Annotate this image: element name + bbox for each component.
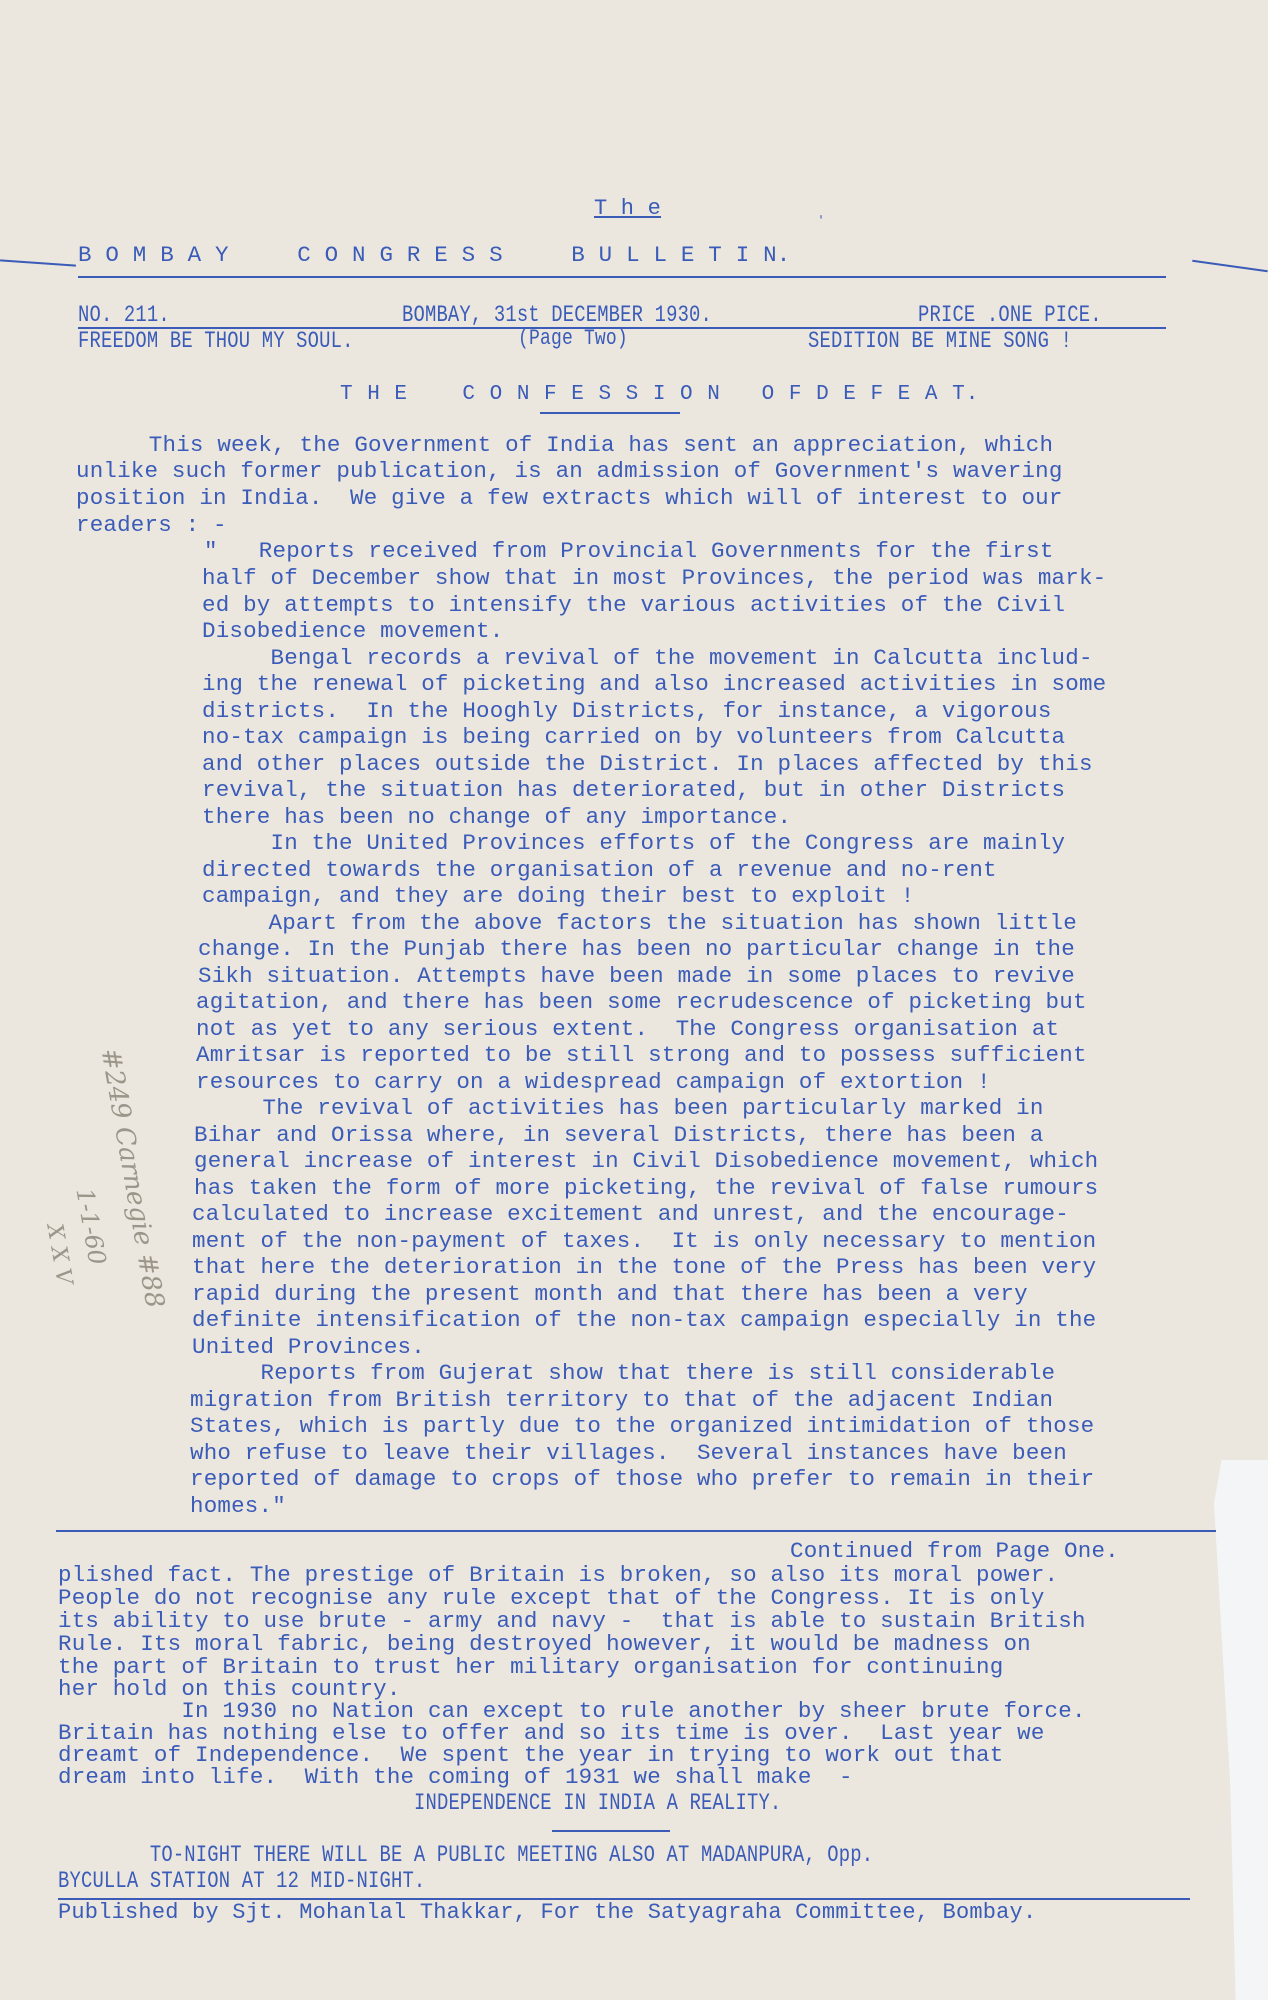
quote-line: there has been no change of any importan… xyxy=(202,804,791,830)
slogan-underline xyxy=(552,1830,670,1832)
quote-line: ed by attempts to intensify the various … xyxy=(202,592,1065,618)
quote-line: The revival of activities has been parti… xyxy=(194,1095,1044,1121)
quote-line: Bihar and Orissa where, in several Distr… xyxy=(194,1122,1044,1148)
motto-left: FREEDOM BE THOU MY SOUL. xyxy=(78,328,354,354)
price: PRICE .ONE PICE. xyxy=(918,302,1102,328)
masthead-the: T h e xyxy=(594,196,661,222)
quote-line: rapid during the present month and that … xyxy=(192,1281,1028,1307)
masthead-title: B O M B A Y C O N G R E S S B U L L E T … xyxy=(78,242,791,268)
dateline: BOMBAY, 31st DECEMBER 1930. xyxy=(402,302,712,328)
quote-line: Amritsar is reported to be still strong … xyxy=(196,1042,1087,1068)
quote-line: Reports from Gujerat show that there is … xyxy=(192,1360,1055,1386)
quote-line: half of December show that in most Provi… xyxy=(202,565,1106,591)
quote-line: migration from British territory to that… xyxy=(190,1387,1053,1413)
quote-line: directed towards the organisation of a r… xyxy=(202,857,997,883)
quote-line: States, which is partly due to the organ… xyxy=(190,1413,1094,1439)
quote-line: not as yet to any serious extent. The Co… xyxy=(196,1016,1059,1042)
quote-line: resources to carry on a widespread campa… xyxy=(196,1069,991,1095)
meeting-notice-line: TO-NIGHT THERE WILL BE A PUBLIC MEETING … xyxy=(58,1842,873,1868)
quote-line: revival, the situation has deteriorated,… xyxy=(202,777,1065,803)
quote-line: ing the renewal of picketing and also in… xyxy=(202,671,1106,697)
quote-line: Apart from the above factors the situati… xyxy=(200,910,1077,936)
quote-line: homes." xyxy=(190,1493,286,1519)
page-label: (Page Two) xyxy=(518,326,628,352)
quote-line: calculated to increase excitement and un… xyxy=(192,1201,1069,1227)
intro-line: readers : - xyxy=(76,512,227,538)
intro-line: unlike such former publication, is an ad… xyxy=(76,458,1063,484)
quote-line: districts. In the Hooghly Districts, for… xyxy=(202,698,1052,724)
quote-line: has taken the form of more picketing, th… xyxy=(194,1175,1098,1201)
intro-line: position in India. We give a few extract… xyxy=(76,485,1063,511)
quote-line: definite intensification of the non-tax … xyxy=(192,1307,1096,1333)
issue-number: NO. 211. xyxy=(78,302,170,328)
quote-line: " Reports received from Provincial Gover… xyxy=(204,538,1054,564)
quote-line: who refuse to leave their villages. Seve… xyxy=(190,1440,1067,1466)
continued-label: Continued from Page One. xyxy=(790,1538,1119,1564)
quote-line: Disobedience movement. xyxy=(202,618,503,644)
quote-line: no-tax campaign is being carried on by v… xyxy=(202,724,1065,750)
meeting-notice-line: BYCULLA STATION AT 12 MID-NIGHT. xyxy=(58,1868,425,1894)
intro-line: This week, the Government of India has s… xyxy=(94,432,1053,458)
quote-line: general increase of interest in Civil Di… xyxy=(194,1148,1098,1174)
quote-line: United Provinces. xyxy=(192,1334,425,1360)
quote-line: ment of the non-payment of taxes. It is … xyxy=(192,1228,1096,1254)
ink-tick: ˈ xyxy=(815,214,827,237)
quote-line: and other places outside the District. I… xyxy=(202,751,1093,777)
quote-line: agitation, and there has been some recru… xyxy=(196,989,1087,1015)
quote-line: that here the deterioration in the tone … xyxy=(192,1254,1096,1280)
quote-line: change. In the Punjab there has been no … xyxy=(198,936,1075,962)
quote-line: Sikh situation. Attempts have been made … xyxy=(198,963,1075,989)
quote-line: In the United Provinces efforts of the C… xyxy=(202,830,1065,856)
independence-slogan: INDEPENDENCE IN INDIA A REALITY. xyxy=(414,1790,781,1816)
quote-line: campaign, and they are doing their best … xyxy=(202,883,915,909)
headline-underline xyxy=(540,412,680,414)
motto-right: SEDITION BE MINE SONG ! xyxy=(808,328,1072,354)
continued-line: dream into life. With the coming of 1931… xyxy=(58,1764,853,1790)
quote-line: reported of damage to crops of those who… xyxy=(190,1466,1094,1492)
quote-line: Bengal records a revival of the movement… xyxy=(202,645,1093,671)
publisher-imprint: Published by Sjt. Mohanlal Thakkar, For … xyxy=(58,1900,1036,1926)
article-headline: T H E C O N F E S S I O N O F D E F E A … xyxy=(340,382,979,408)
masthead-title-underline xyxy=(78,276,1166,278)
section-divider xyxy=(56,1530,1216,1532)
